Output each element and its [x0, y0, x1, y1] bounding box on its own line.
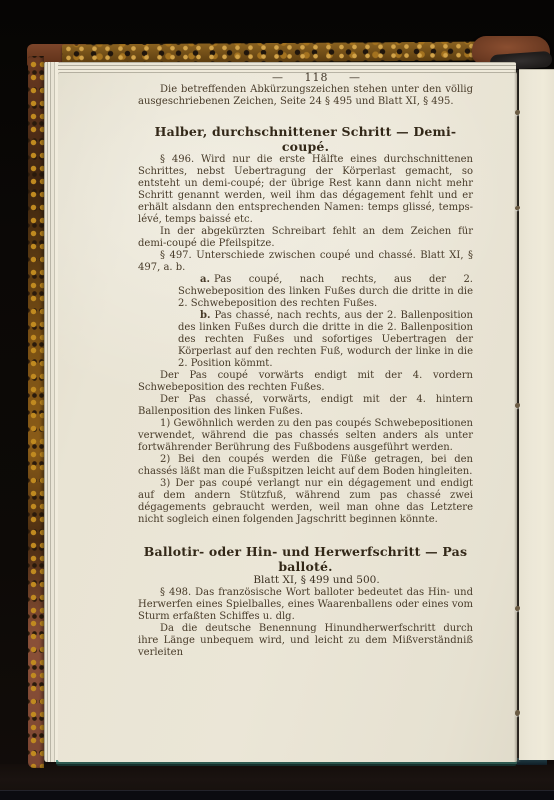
book-cover-left-edge [28, 56, 44, 768]
page-stack-left-edges [44, 62, 59, 762]
intro-paragraph: Die betreffenden Abkürzungszeichen stehe… [138, 84, 473, 108]
paragraph-496: § 496. Wird nur die erste Hälfte eines d… [138, 154, 473, 226]
list-item-a-text: Pas coupé, nach rechts, aus der 2. Schwe… [178, 274, 473, 309]
facing-page-edge [519, 69, 554, 760]
paragraph-benennung: Da die deutsche Benennung Hinundherwerfs… [138, 623, 473, 659]
list-item-b-text: Pas chassé, nach rechts, aus der 2. Ball… [178, 310, 473, 369]
list-item-b-label: b. [200, 310, 210, 321]
paragraph-abbreviation: In der abgekürzten Schreibart fehlt an d… [138, 226, 473, 250]
table-edge [0, 790, 554, 800]
paragraph-497: § 497. Unterschiede zwischen coupé und c… [138, 250, 473, 274]
note-3: 3) Der pas coupé verlangt nur ein dégage… [138, 478, 473, 526]
section-subheading-blatt: Blatt XI, § 499 und 500. [138, 574, 473, 587]
section-heading-demi-coupe: Halber, durchschnittener Schritt — Demi-… [138, 124, 473, 154]
note-1: 1) Gewöhnlich werden zu den pas coupés S… [138, 418, 473, 454]
list-item-a-label: a. [200, 274, 210, 285]
list-item-b: b.Pas chassé, nach rechts, aus der 2. Ba… [138, 310, 473, 370]
list-item-a: a.Pas coupé, nach rechts, aus der 2. Sch… [138, 274, 473, 310]
paragraph-498: § 498. Das französische Wort balloter be… [138, 587, 473, 623]
note-2: 2) Bei den coupés werden die Füße getrag… [138, 454, 473, 478]
shadow-under-book [0, 764, 554, 790]
marbled-top-page-edge [62, 42, 482, 64]
paragraph-coupe-vorwaerts: Der Pas coupé vorwärts endigt mit der 4.… [138, 370, 473, 394]
photo-background: — 118 — Die betreffenden Abkürzungszeich… [0, 0, 554, 800]
section-heading-pas-ballote: Ballotir- oder Hin- und Herwerfschritt —… [138, 544, 473, 574]
paragraph-chasse-vorwaerts: Der Pas chassé, vorwärts, endigt mit der… [138, 394, 473, 418]
book-page: — 118 — Die betreffenden Abkürzungszeich… [58, 72, 517, 762]
page-number: — 118 — [138, 72, 473, 84]
